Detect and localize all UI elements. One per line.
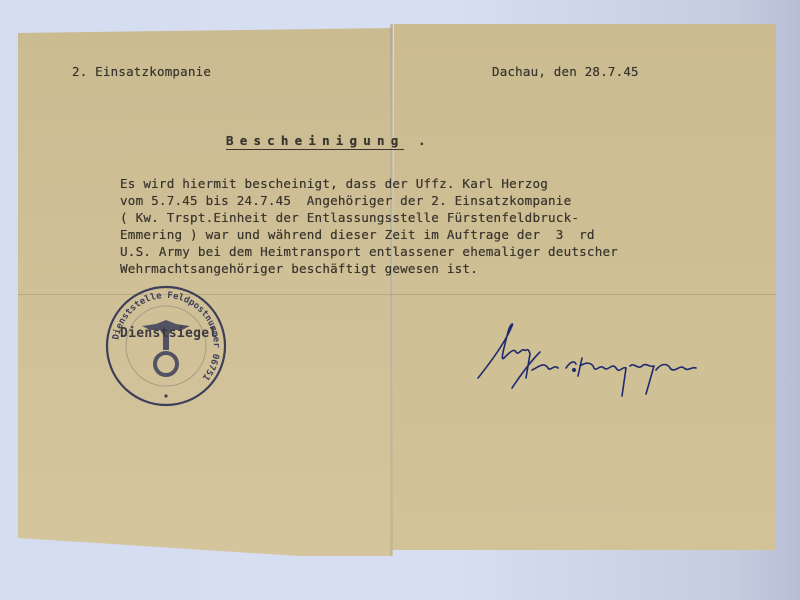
document-right-half — [392, 24, 776, 550]
body-line-4: Emmering ) war und während dieser Zeit i… — [120, 227, 595, 242]
paper-tear — [390, 24, 393, 556]
body-line-6: Wehrmachtsangehöriger beschäftigt gewese… — [120, 261, 478, 276]
title-text: Bescheinigung — [226, 133, 404, 150]
official-stamp-icon: Dienststelle Feldpostnummer 06751 — [104, 284, 228, 408]
person-rank-name: Uffz. Karl — [416, 176, 502, 191]
document-title: Bescheinigung . — [226, 133, 432, 148]
body-line-1: Es wird hiermit bescheinigt, dass der Uf… — [120, 176, 548, 191]
body-line-5: U.S. Army bei dem Heimtransport entlasse… — [120, 244, 618, 259]
place-date: Dachau, den 28.7.45 — [492, 64, 639, 79]
title-suffix: . — [404, 133, 431, 148]
body-line-2: vom 5.7.45 bis 24.7.45 Angehöriger der 2… — [120, 193, 571, 208]
stamp-label: Dienstsiegel — [120, 326, 218, 341]
person-surname: Herzog — [501, 176, 548, 191]
body-line-3: ( Kw. Trspt.Einheit der Entlassungsstell… — [120, 210, 579, 225]
handwritten-signature-icon — [470, 318, 710, 408]
unit-heading: 2. Einsatzkompanie — [72, 64, 211, 79]
body-line-1-text: Es wird hiermit bescheinigt, dass der — [120, 176, 416, 191]
